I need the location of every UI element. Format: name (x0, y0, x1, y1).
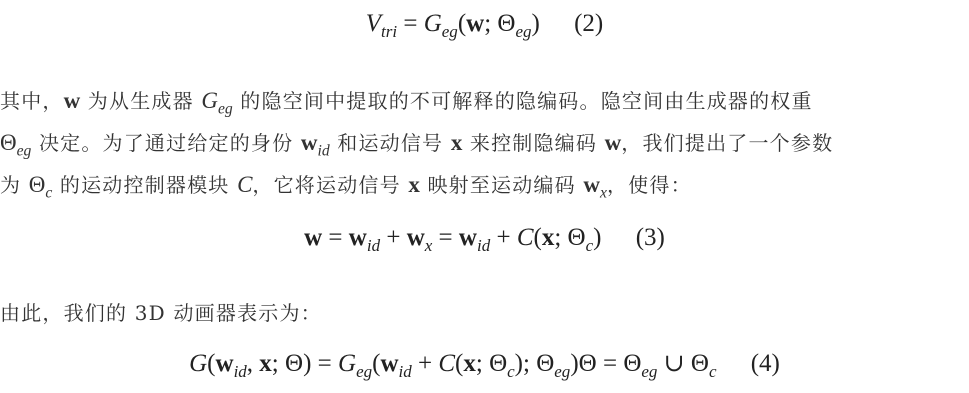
equation-3: w = wid + wx = wid + C(x; Θc) (3) (0, 224, 969, 252)
paragraph-intro: 其中，w 为从生成器 Geg 的隐空间中提取的不可解释的隐编码。隐空间由生成器的… (0, 80, 969, 206)
equation-2: Vtri = Geg(w; Θeg) (2) (0, 10, 969, 38)
paragraph-line: 由此，我们的 3D 动画器表示为： (0, 292, 969, 334)
equation-2-body: Vtri = Geg(w; Θeg) (366, 10, 540, 37)
paragraph-line-1: 其中，w 为从生成器 Geg 的隐空间中提取的不可解释的隐编码。隐空间由生成器的… (0, 80, 969, 122)
equation-4-body: G(wid, x; Θ) = Geg(wid + C(x; Θc); Θeg)Θ… (189, 350, 716, 377)
paragraph-line-2: Θeg 决定。为了通过给定的身份 wid 和运动信号 x 来控制隐编码 w，我们… (0, 122, 969, 164)
equation-number: (2) (574, 10, 603, 37)
paragraph-line-3: 为 Θc 的运动控制器模块 C，它将运动信号 x 映射至运动编码 wx，使得： (0, 164, 969, 206)
equation-3-body: w = wid + wx = wid + C(x; Θc) (304, 224, 601, 251)
paragraph-animator: 由此，我们的 3D 动画器表示为： (0, 292, 969, 334)
equation-4: G(wid, x; Θ) = Geg(wid + C(x; Θc); Θeg)Θ… (0, 348, 969, 378)
equation-number: (3) (636, 224, 665, 251)
equation-number: (4) (751, 350, 780, 377)
